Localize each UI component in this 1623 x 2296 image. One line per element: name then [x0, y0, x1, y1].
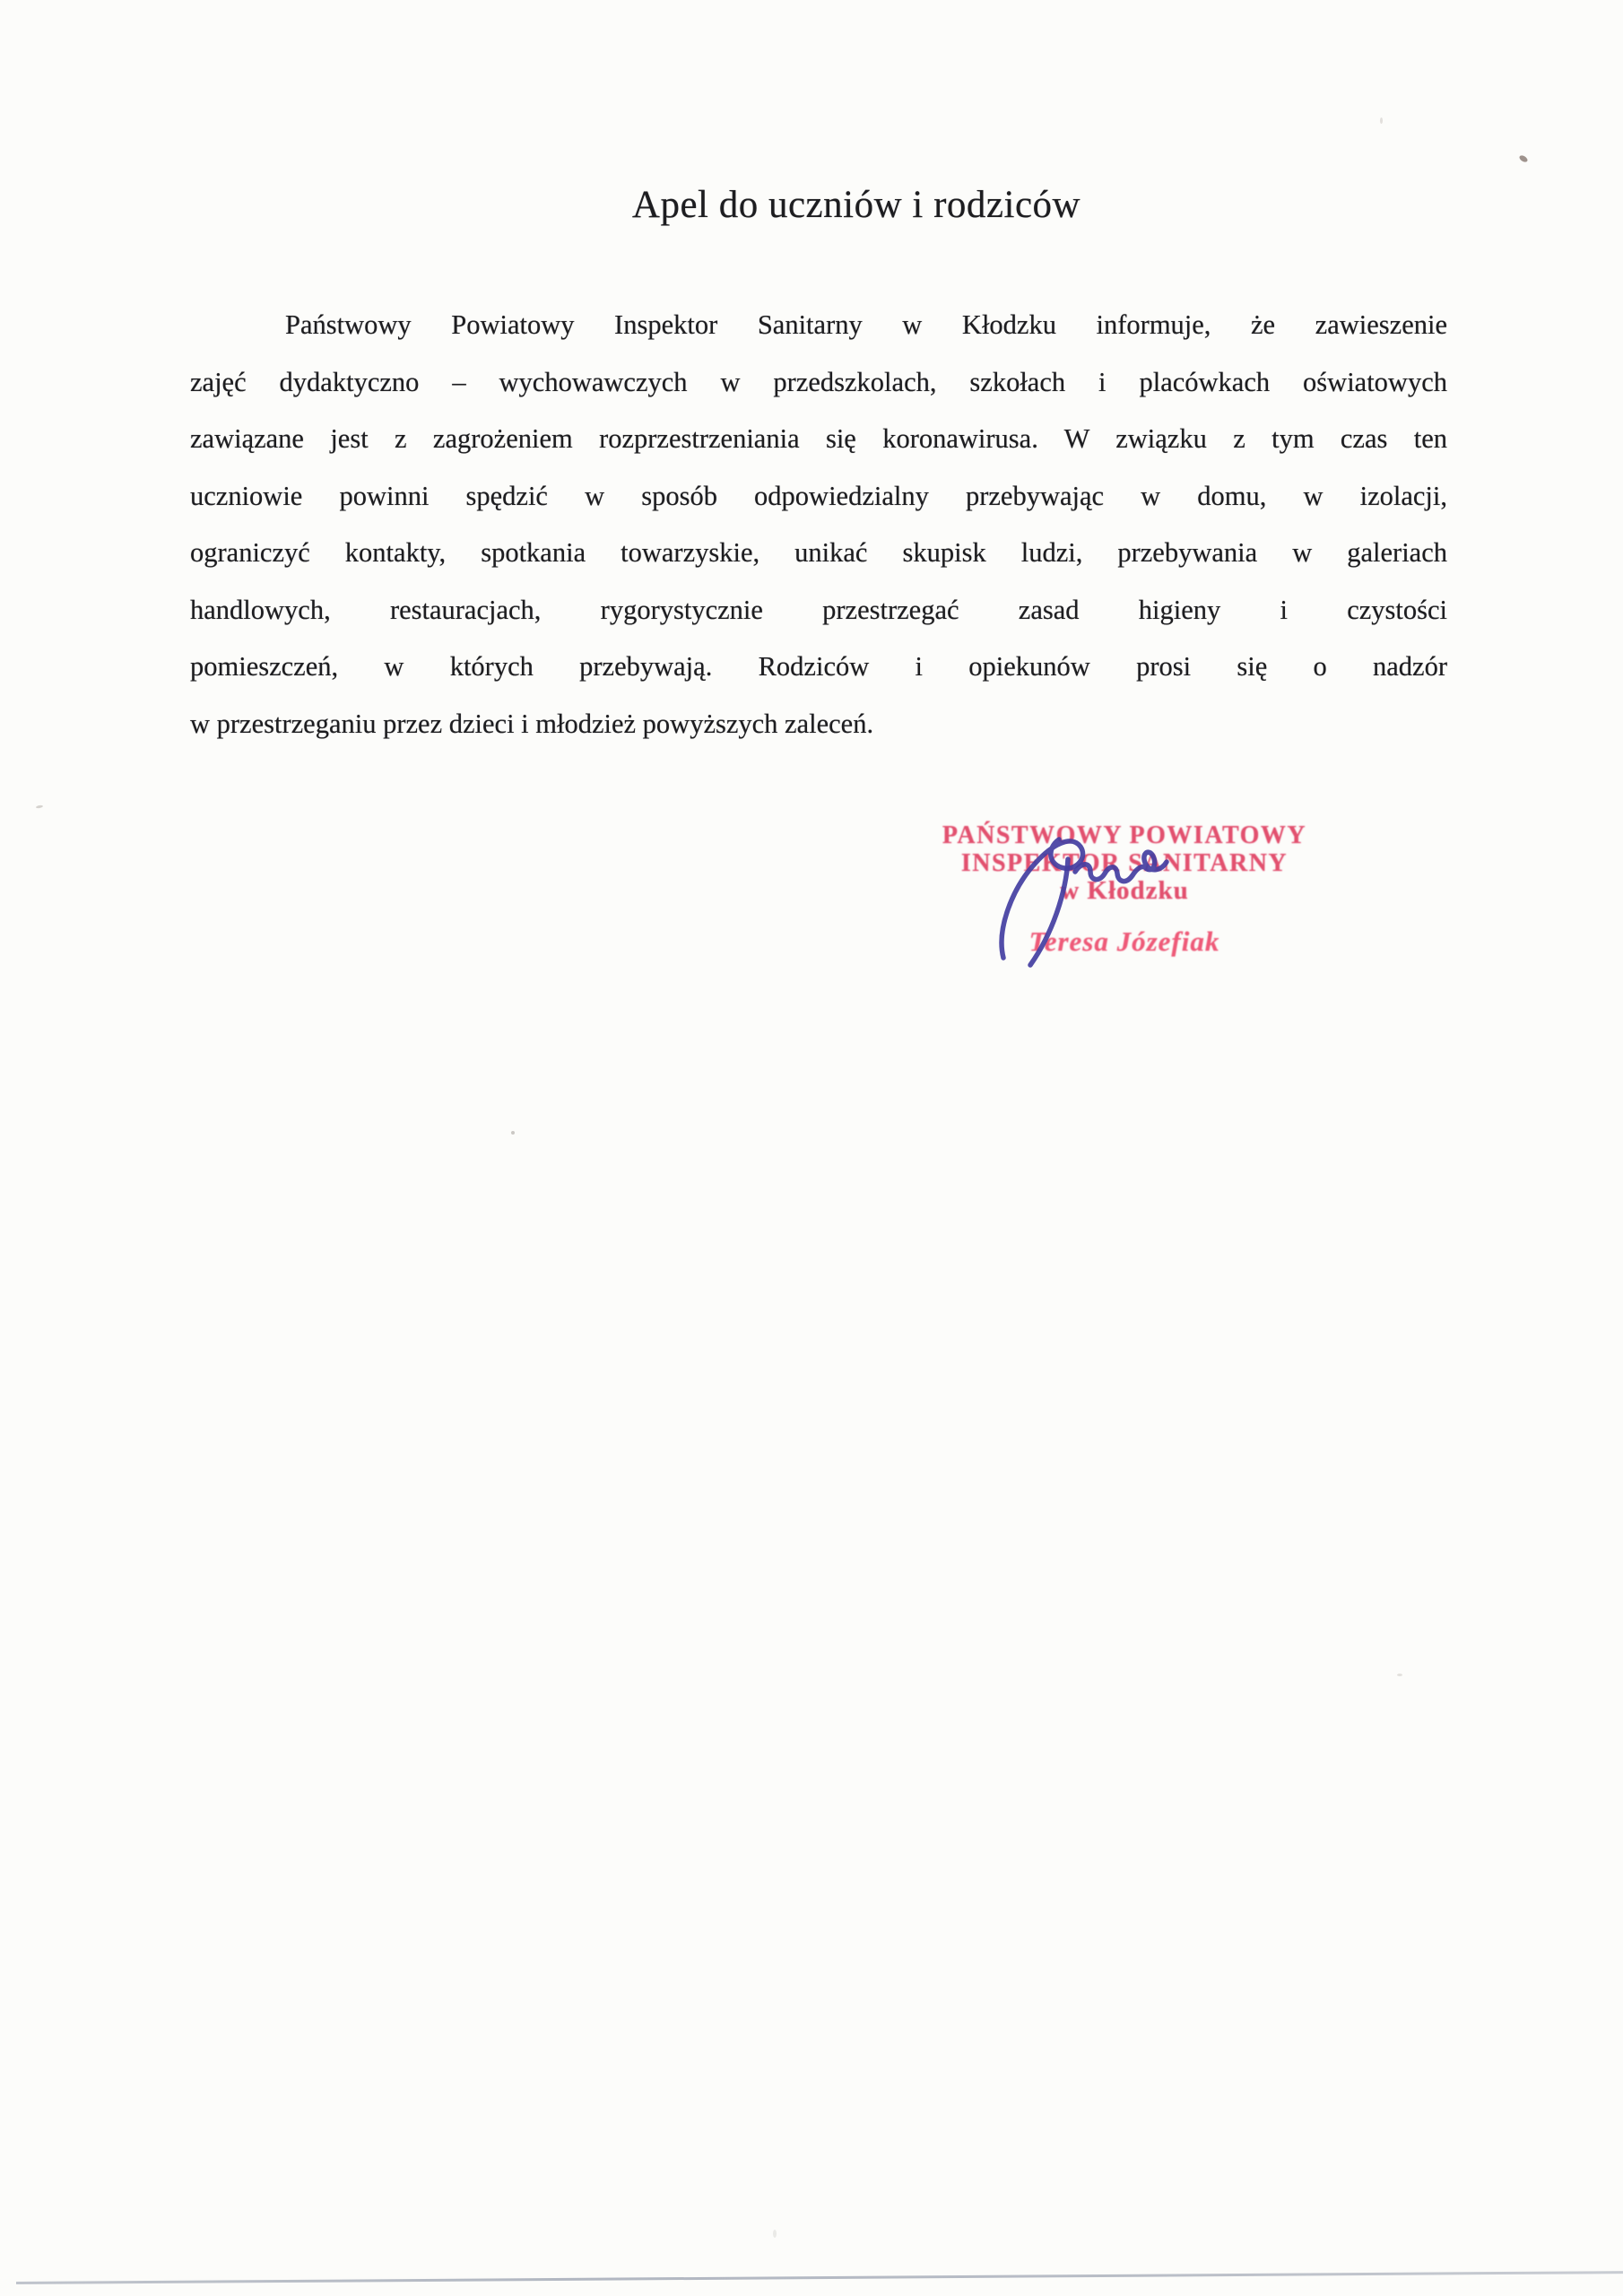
paragraph-line: Państwowy Powiatowy Inspektor Sanitarny … [190, 297, 1447, 354]
body-paragraph: Państwowy Powiatowy Inspektor Sanitarny … [190, 297, 1447, 752]
paragraph-line: ograniczyć kontakty, spotkania towarzysk… [190, 525, 1447, 582]
paragraph-line: zawiązane jest z zagrożeniem rozprzestrz… [190, 411, 1447, 468]
scan-speck [511, 1131, 515, 1135]
scanner-edge-line [16, 2271, 1623, 2283]
paragraph-line: pomieszczeń, w których przebywają. Rodzi… [190, 639, 1447, 696]
scan-speck [36, 804, 43, 808]
scan-speck [773, 2230, 777, 2238]
paragraph-line: handlowych, restauracjach, rygorystyczni… [190, 582, 1447, 639]
paragraph-line: zajęć dydaktyczno – wychowawczych w prze… [190, 354, 1447, 412]
paragraph-line: uczniowie powinni spędzić w sposób odpow… [190, 468, 1447, 526]
scan-speck [1518, 154, 1529, 163]
scanned-letter-page: Apel do uczniów i rodziców Państwowy Pow… [0, 0, 1623, 2296]
paragraph-line: w przestrzeganiu przez dzieci i młodzież… [190, 696, 1447, 753]
document-title: Apel do uczniów i rodziców [0, 183, 1623, 227]
handwritten-signature-scribble [989, 823, 1195, 976]
document-title-text: Apel do uczniów i rodziców [632, 184, 1081, 226]
scan-speck [1380, 117, 1383, 124]
scan-speck [1397, 1674, 1402, 1676]
